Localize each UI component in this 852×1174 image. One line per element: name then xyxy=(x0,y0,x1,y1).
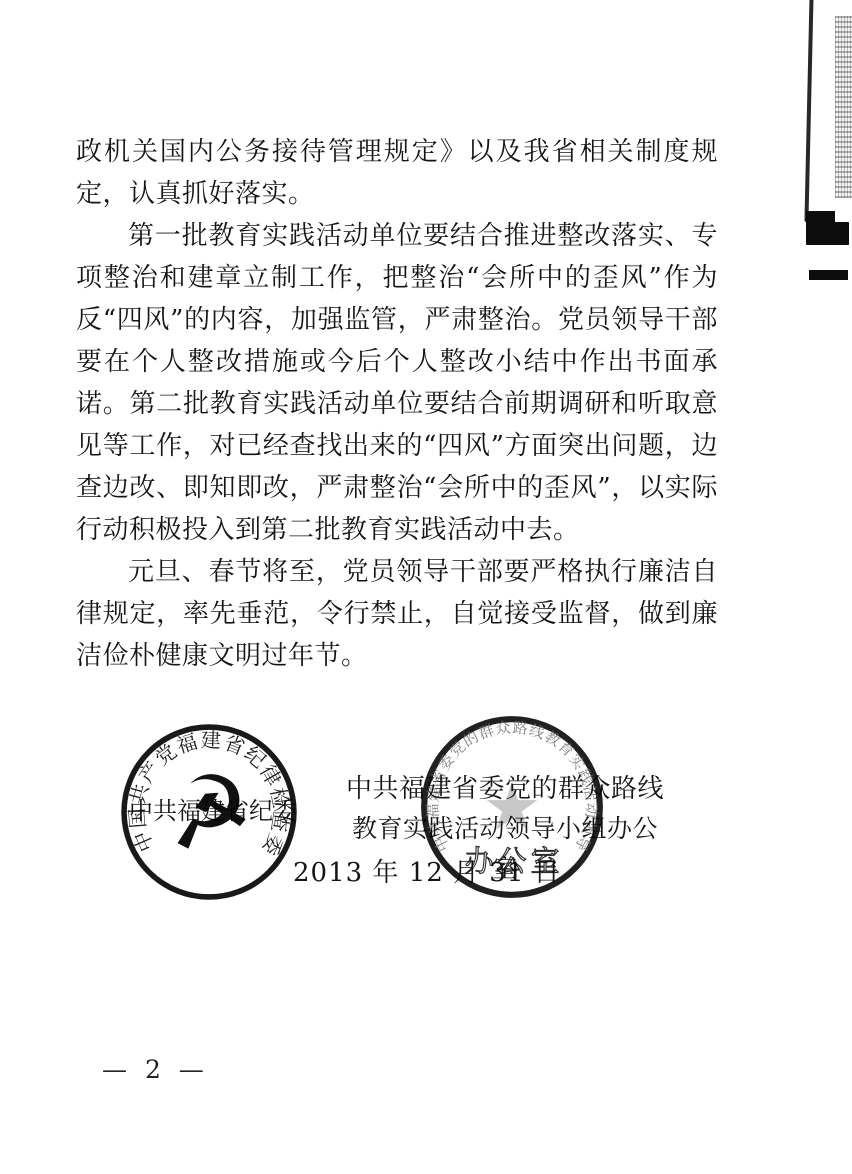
right-official-seal: 中共福建省委党的群众路线教育实践活动领导小组 ★ 办公室 xyxy=(419,714,605,900)
scan-artifact-blob xyxy=(806,222,849,245)
paragraph-new-year: 元旦、春节将至，党员领导干部要严格执行廉洁自律规定，率先垂范，令行禁止，自觉接受… xyxy=(76,551,718,677)
hammer-sickle-icon: ☭ xyxy=(158,750,260,874)
scan-artifact-bar xyxy=(809,270,848,280)
document-body: 政机关国内公务接待管理规定》以及我省相关制度规定，认真抓好落实。 第一批教育实践… xyxy=(76,131,718,677)
star-icon: ★ xyxy=(482,769,541,846)
page-number: — 2 — xyxy=(102,1055,209,1084)
paragraph-first-batch: 第一批教育实践活动单位要结合推进整改落实、专项整治和建章立制工作，把整治“会所中… xyxy=(76,215,718,551)
scan-artifact-edge-speckle xyxy=(835,16,852,198)
scan-artifact-vertical-line xyxy=(804,0,813,222)
scanned-document-page: 政机关国内公务接待管理规定》以及我省相关制度规定，认真抓好落实。 第一批教育实践… xyxy=(0,0,852,1174)
paragraph-continuation: 政机关国内公务接待管理规定》以及我省相关制度规定，认真抓好落实。 xyxy=(76,131,718,215)
left-official-seal: 中国共产党福建省纪律检查委员会 ☭ xyxy=(119,722,299,902)
right-seal-bottom-text: 办公室 xyxy=(464,844,563,878)
